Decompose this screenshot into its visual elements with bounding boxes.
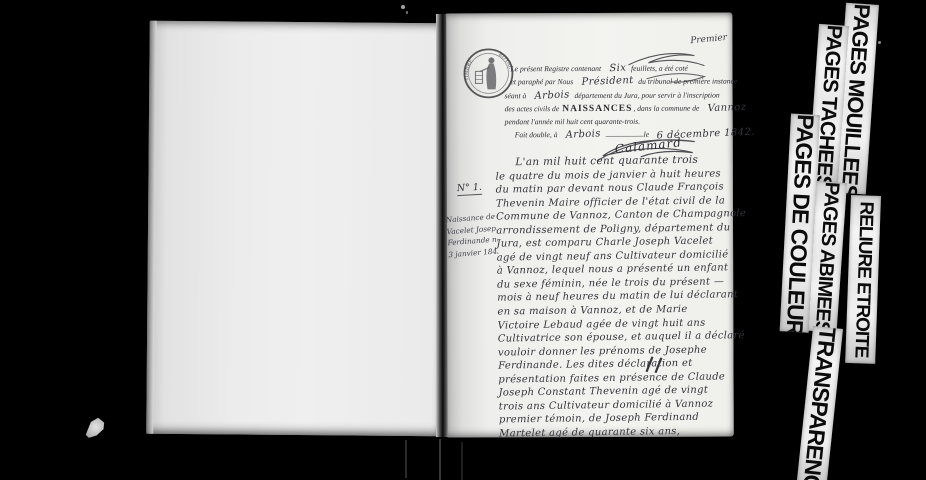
- handwritten-fill: Président: [581, 74, 634, 89]
- handwritten-fill: Vannoz: [707, 101, 746, 116]
- page-edge-line: [405, 440, 407, 478]
- quality-strip-reliure-etroite: RELIURE ETROITE: [845, 195, 881, 364]
- quality-strip-transparence: TRANSPARENCE: [797, 326, 843, 480]
- printed-text: département du Jura, pour servir à l'ins…: [574, 90, 719, 100]
- dust-speck: [878, 41, 881, 44]
- handwritten-birth-act: L'an mil huit cent quarante troisle quat…: [495, 153, 737, 441]
- dust-speck: [401, 5, 405, 9]
- form-line: pendant l'année mil huit cent quarante-t…: [505, 115, 725, 129]
- printed-text: NAISSANCES: [562, 104, 632, 114]
- printed-text: feuillets, a été coté: [631, 64, 688, 73]
- microfilm-scan: Premier TIMBRE ROYAL Le présent Registre…: [0, 0, 926, 480]
- form-line: séant àArboisdépartement du Jura, pour s…: [505, 88, 725, 102]
- dust-speck: [406, 11, 408, 14]
- corner-annotation: Premier: [690, 33, 727, 46]
- printed-text: des actes civils de: [505, 104, 560, 113]
- act-number: N° 1.: [457, 182, 483, 196]
- page-edge-line: [439, 439, 441, 480]
- printed-text: , dans la commune de: [633, 104, 699, 113]
- printed-text: et paraphé par Nous: [510, 77, 573, 86]
- printed-text: Fait double, à: [515, 131, 558, 140]
- printed-text: séant à: [505, 91, 527, 100]
- dust-speck: [82, 416, 108, 439]
- printed-register-formula: Le présent Registre contenantSixfeuillet…: [504, 62, 724, 143]
- form-line: des actes civils deNAISSANCES, dans la c…: [505, 101, 725, 115]
- page-edge-line: [461, 442, 463, 480]
- form-line: et paraphé par NousPrésidentdu tribunal …: [504, 75, 724, 89]
- printed-text: pendant l'année mil huit cent quarante-t…: [505, 117, 641, 126]
- printed-text: [606, 128, 644, 137]
- form-line: Fait double, àArboisle6 décembre 1842.: [515, 128, 725, 142]
- margin-summary-note: Naissance deVacelet JosepheFerdinande né…: [445, 211, 498, 261]
- handwritten-fill: Arbois: [565, 128, 601, 143]
- act-line: Martelet agé de quarante six ans,: [499, 424, 737, 441]
- scan-root: { "quality_strips": [ {"text": "PAGES MO…: [0, 0, 926, 480]
- printed-text: Le présent Registre contenant: [510, 64, 601, 73]
- printed-text: du tribunal de première instance: [638, 77, 737, 86]
- form-line: Le présent Registre contenantSixfeuillet…: [504, 62, 724, 76]
- handwritten-fill: Arbois: [534, 88, 570, 103]
- right-register-page: Premier TIMBRE ROYAL Le présent Registre…: [446, 13, 733, 438]
- left-blank-page: [146, 21, 440, 437]
